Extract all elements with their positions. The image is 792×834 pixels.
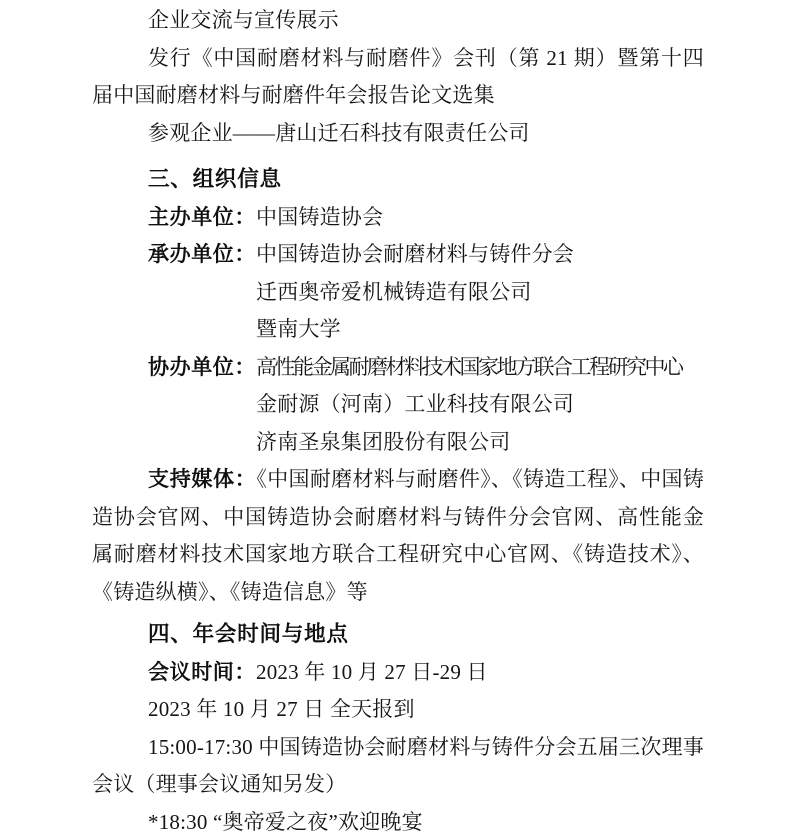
- co-organizer-unit-label: 协办单位：: [148, 349, 256, 462]
- organizer-unit-label: 承办单位：: [148, 236, 256, 349]
- row-co-organizer-unit: 协办单位： 高性能金属耐磨材料技术国家地方联合工程研究中心 金耐源（河南）工业科…: [92, 349, 704, 462]
- paragraph-registration-day: 2023 年 10 月 27 日 全天报到: [92, 691, 704, 729]
- paragraph-enterprise-exchange: 企业交流与宣传展示: [92, 2, 704, 40]
- heading-organization-info: 三、组织信息: [92, 161, 704, 199]
- paragraph-welcome-banquet: *18:30 “奥帝爱之夜”欢迎晚宴: [92, 804, 704, 834]
- meeting-time-content: 2023 年 10 月 27 日-29 日: [256, 654, 704, 692]
- organizer-unit-content: 中国铸造协会耐磨材料与铸件分会 迁西奥帝爱机械铸造有限公司 暨南大学: [256, 236, 704, 349]
- co-organizer-unit-line: 金耐源（河南）工业科技有限公司: [256, 386, 704, 424]
- organizer-unit-line: 暨南大学: [256, 311, 704, 349]
- meeting-time-label: 会议时间：: [148, 654, 256, 692]
- organizer-unit-line: 中国铸造协会耐磨材料与铸件分会: [256, 236, 704, 274]
- paragraph-publication: 发行《中国耐磨材料与耐磨件》会刊（第 21 期）暨第十四届中国耐磨材料与耐磨件年…: [92, 40, 704, 115]
- paragraph-supporting-media: 支持媒体：《中国耐磨材料与耐磨件》、《铸造工程》、中国铸造协会官网、中国铸造协会…: [92, 461, 704, 611]
- co-organizer-unit-line: 济南圣泉集团股份有限公司: [256, 424, 704, 462]
- paragraph-company-visit: 参观企业——唐山迁石科技有限责任公司: [92, 115, 704, 153]
- host-unit-label: 主办单位：: [148, 199, 256, 237]
- organizer-unit-line: 迁西奥帝爱机械铸造有限公司: [256, 274, 704, 312]
- meeting-time-value: 2023 年 10 月 27 日-29 日: [256, 654, 704, 692]
- co-organizer-unit-line: 高性能金属耐磨材料技术国家地方联合工程研究中心: [256, 349, 704, 387]
- co-organizer-unit-content: 高性能金属耐磨材料技术国家地方联合工程研究中心 金耐源（河南）工业科技有限公司 …: [256, 349, 704, 462]
- host-unit-content: 中国铸造协会: [256, 199, 704, 237]
- heading-annual-meeting-time-place: 四、年会时间与地点: [92, 616, 704, 654]
- row-meeting-time: 会议时间： 2023 年 10 月 27 日-29 日: [92, 654, 704, 692]
- paragraph-council-meeting: 15:00-17:30 中国铸造协会耐磨材料与铸件分会五届三次理事会议（理事会议…: [92, 729, 704, 804]
- row-host-unit: 主办单位： 中国铸造协会: [92, 199, 704, 237]
- row-organizer-unit: 承办单位： 中国铸造协会耐磨材料与铸件分会 迁西奥帝爱机械铸造有限公司 暨南大学: [92, 236, 704, 349]
- supporting-media-label: 支持媒体：: [148, 468, 256, 491]
- document-page: 企业交流与宣传展示 发行《中国耐磨材料与耐磨件》会刊（第 21 期）暨第十四届中…: [0, 0, 792, 834]
- host-unit-line: 中国铸造协会: [256, 199, 704, 237]
